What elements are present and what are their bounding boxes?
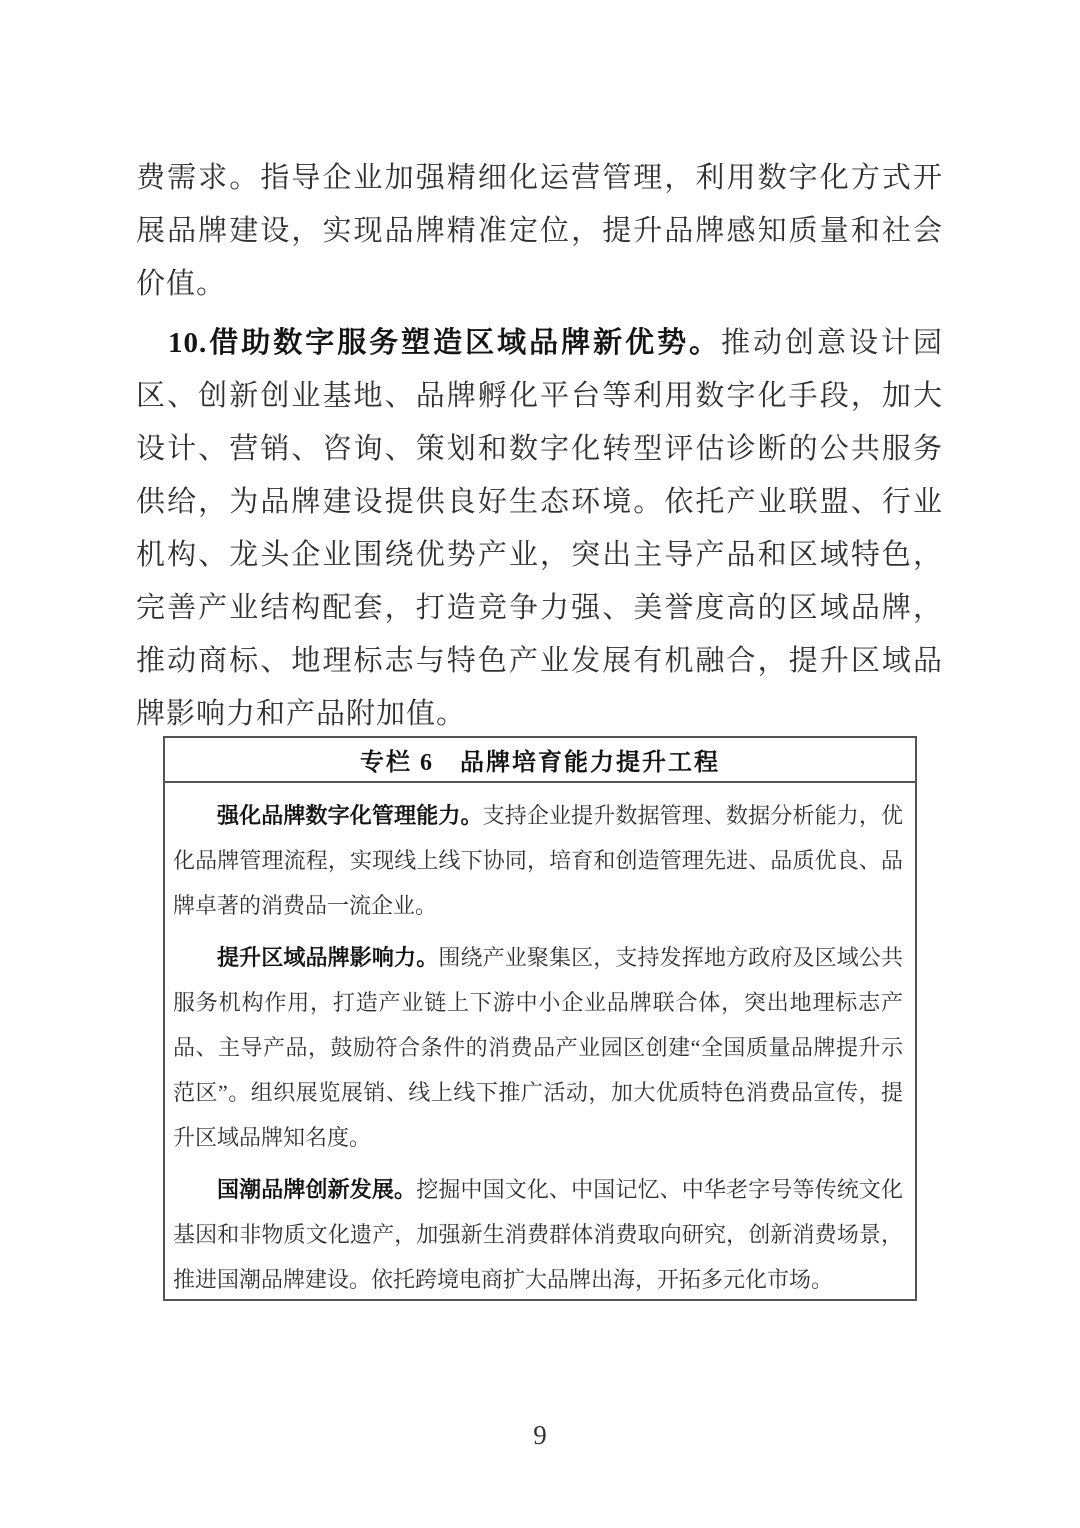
page-number: 9 — [0, 1420, 1080, 1451]
paragraph-item-10-text: 推动创意设计园区、创新创业基地、品牌孵化平台等利用数字化手段，加大设计、营销、咨… — [136, 327, 943, 730]
document-body: 费需求。指导企业加强精细化运营管理，利用数字化方式开展品牌建设，实现品牌精准定位… — [136, 152, 943, 741]
paragraph-continuation: 费需求。指导企业加强精细化运营管理，利用数字化方式开展品牌建设，实现品牌精准定位… — [136, 152, 943, 311]
callout-box-title: 专栏 6 品牌培育能力提升工程 — [165, 738, 915, 783]
document-page: 费需求。指导企业加强精细化运营管理，利用数字化方式开展品牌建设，实现品牌精准定位… — [0, 0, 1080, 1528]
box-paragraph-regional-brand: 提升区域品牌影响力。围绕产业聚集区，支持发挥地方政府及区域公共服务机构作用，打造… — [173, 935, 903, 1160]
box-paragraph-3-heading: 国潮品牌创新发展。 — [217, 1177, 416, 1202]
box-paragraph-1-heading: 强化品牌数字化管理能力。 — [217, 803, 483, 828]
paragraph-item-10-heading: 10.借助数字服务塑造区域品牌新优势。 — [168, 327, 721, 359]
paragraph-continuation-text: 费需求。指导企业加强精细化运营管理，利用数字化方式开展品牌建设，实现品牌精准定位… — [136, 162, 943, 300]
callout-box-body: 强化品牌数字化管理能力。支持企业提升数据管理、数据分析能力，优化品牌管理流程，实… — [165, 783, 915, 1302]
box-paragraph-digital-management: 强化品牌数字化管理能力。支持企业提升数据管理、数据分析能力，优化品牌管理流程，实… — [173, 793, 903, 928]
paragraph-item-10: 10.借助数字服务塑造区域品牌新优势。推动创意设计园区、创新创业基地、品牌孵化平… — [136, 317, 943, 741]
box-paragraph-2-heading: 提升区域品牌影响力。 — [217, 945, 438, 970]
callout-box-column-6: 专栏 6 品牌培育能力提升工程 强化品牌数字化管理能力。支持企业提升数据管理、数… — [163, 736, 917, 1301]
box-paragraph-2-text: 围绕产业聚集区，支持发挥地方政府及区域公共服务机构作用，打造产业链上下游中小企业… — [173, 945, 903, 1150]
box-paragraph-guochao-brand: 国潮品牌创新发展。挖掘中国文化、中国记忆、中华老字号等传统文化基因和非物质文化遗… — [173, 1167, 903, 1302]
